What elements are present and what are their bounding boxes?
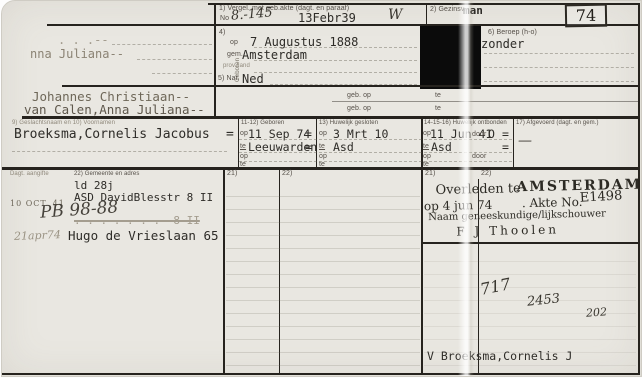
line-parents-bottom <box>22 116 640 119</box>
married-te-label: te <box>319 143 325 150</box>
father-gebop-label: geb. op <box>347 92 371 99</box>
married-op-label: op <box>319 130 327 137</box>
border-bottom <box>2 373 640 375</box>
vergel-date-stamp: 13Febr39 <box>298 11 356 25</box>
no-label: No <box>220 15 229 22</box>
death-stamp-block: Overleden te AMSTERDAM op 4 jun 74 . Akt… <box>421 175 640 246</box>
card-number-box: 74 <box>565 4 607 28</box>
death-col2-header: 22) <box>481 170 491 177</box>
mother-gebop-label: geb. op <box>347 105 371 112</box>
spouse-name: Broeksma,Cornelis Jacobus <box>14 127 210 142</box>
death-stamp-akte-label: . Akte No. <box>522 195 583 210</box>
rule-line <box>254 60 417 61</box>
card-number: 74 <box>576 6 597 25</box>
rule-line <box>484 67 634 68</box>
divider-col-removed <box>513 119 514 167</box>
address-entry-3: Hugo de Vrieslaan 65 <box>68 228 219 243</box>
nat-label: 5) Nat. <box>218 75 240 82</box>
birth-land-label: prov./land <box>223 63 250 69</box>
born-te-label: te <box>240 143 246 150</box>
beroep-label: 6) Beroep (h-o) <box>488 29 537 36</box>
scanned-registration-card: 1) Vergel. met geb.akte (dagt. en paraaf… <box>0 0 642 378</box>
death-stamp-akte-no: E1498 <box>579 188 622 205</box>
divider-top-left-box <box>214 3 216 117</box>
father-te-label: te <box>435 92 441 99</box>
mother-name: van Calen,Anna Juliana-- <box>24 102 205 117</box>
beroep-value: zonder <box>481 37 524 51</box>
children-col2-header: 22) <box>282 170 292 177</box>
line-parents-top <box>62 85 640 87</box>
file-number-3: 202 <box>586 305 608 319</box>
holder-firstnames: nna Juliana-- <box>30 47 124 61</box>
paraaf-initial: W <box>388 7 402 23</box>
akte-number-handwritten: 8.-145 <box>230 5 273 24</box>
equals-mark: = <box>226 127 234 142</box>
married-op2-label: op <box>319 153 327 160</box>
removed-dash-handwritten: — <box>518 133 532 149</box>
born-op2-label: op <box>240 153 248 160</box>
line-fields-bottom <box>2 167 640 170</box>
footer-reference-name: V Broeksma,Cornelis J <box>427 349 572 363</box>
mother-te-label: te <box>435 105 441 112</box>
scan-fold-artifact <box>458 1 474 376</box>
rule-line <box>254 47 417 48</box>
birth-gem-label: gem. <box>227 51 243 58</box>
dissolved-door-label: door <box>472 131 486 138</box>
rule-line <box>484 53 634 54</box>
death-stamp-overleden: Overleden te <box>435 181 520 198</box>
dissolved-op2-label: op <box>423 153 431 160</box>
born-header: 11-12) Geboren <box>241 120 284 126</box>
children-col1-header: 21) <box>227 170 237 177</box>
nationality: Ned <box>242 72 264 86</box>
rule-line <box>112 44 212 45</box>
rule-line <box>484 81 634 82</box>
rule-line <box>254 72 417 73</box>
address-header: 22) Gemeente en adres <box>74 171 139 177</box>
death-stamp-examiner-label: Naam geneeskundige/lijkschouwer <box>428 208 606 223</box>
divider-top-boxes <box>426 3 427 25</box>
divider-address-col <box>223 169 225 373</box>
address-header-prefix: Dagt. aangifte <box>10 171 49 177</box>
spouse-names-header: 9) Geslachtsnaam en 10) Voornamen <box>12 120 115 126</box>
holder-surname: . . .-- <box>58 33 109 47</box>
move-date-handwritten: 21apr74 <box>14 228 61 243</box>
rule-line <box>332 101 640 102</box>
birth-field-no: 4) <box>219 29 225 36</box>
address-entry-struck: . . . . . . . 8 II <box>74 214 200 227</box>
divider-col-born <box>238 119 239 167</box>
dissolved-te-label: te <box>423 143 429 150</box>
removed-header: 17) Afgevoerd (dagt. en gem.) <box>516 120 599 126</box>
rule-line <box>152 73 212 74</box>
born-op-label: op <box>240 130 248 137</box>
death-col1-header: 21) <box>425 170 435 177</box>
dissolved-door2-label: door <box>472 153 486 160</box>
line-under-death-stamp <box>422 242 640 244</box>
rule-line <box>137 59 212 60</box>
card-paper: 1) Vergel. met geb.akte (dagt. en paraaf… <box>1 0 642 377</box>
married-header: 13) Huwelijk gesloten <box>319 120 378 126</box>
birth-op-label: op <box>230 39 238 46</box>
ruled-lines-children <box>226 184 420 369</box>
rule-line <box>12 151 227 152</box>
